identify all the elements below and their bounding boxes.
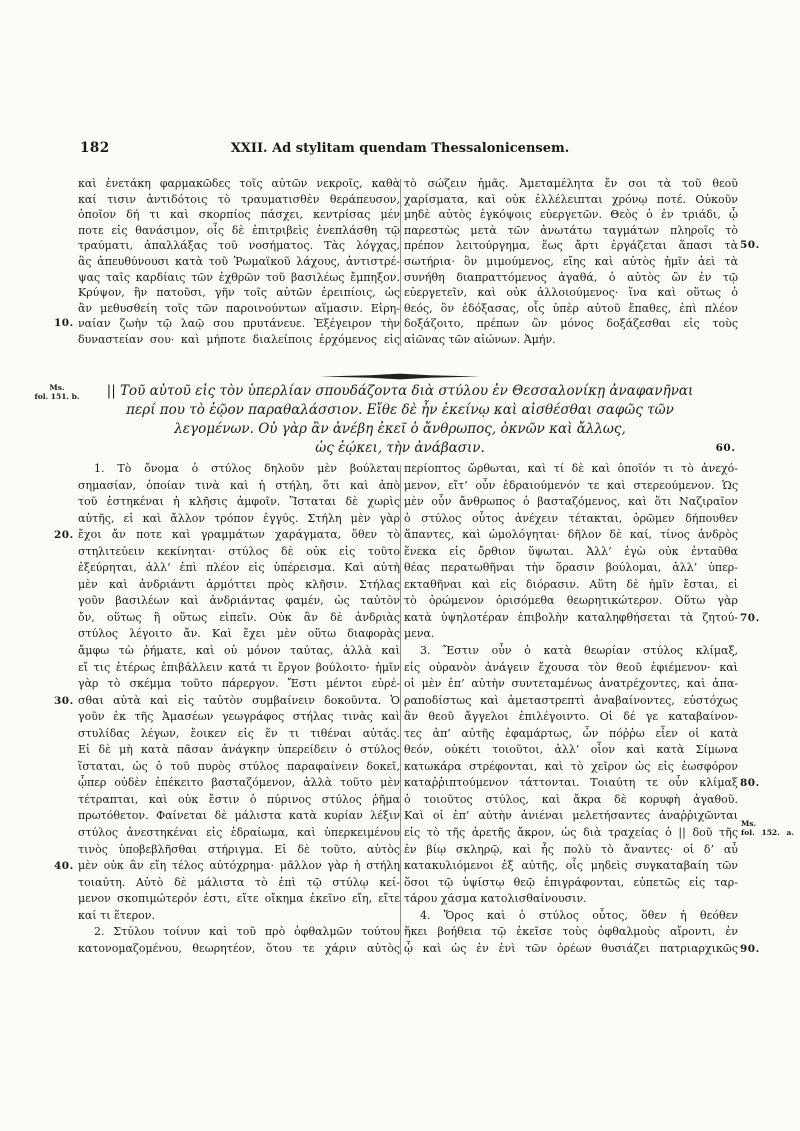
line-number: 20. [54,527,76,544]
text-line: 4. Ὅρος καὶ ὁ στύλος οὗτος, ὅθεν ἡ θεόθε… [404,908,738,925]
text-line: αἰῶνας τῶν αἰώνων. Ἀμήν. [404,332,738,348]
running-title: XXII. Ad stylitam quendam Thessalonicens… [0,141,800,156]
ms-folio-note-152a: Ms.fol. 152. a. [741,820,794,837]
text-line: τες ἀπ’ αὐτῆς ἐφαμάρτως, ὧν πόῤῥω εἶεν ο… [404,726,738,743]
text-line: ἵσταται, ὡς ὁ τοῦ πυρὸς στύλος παραφαίνε… [78,759,400,776]
prev-left-column: καὶ ἐνετάκη φαρμακῶδες τοῖς αὐτῶν νεκροῖ… [78,176,400,348]
text-line: στηλιτεύειν κεκίνηται· στύλος δὲ οὐκ εἰς… [78,544,400,561]
text-line: ἐν βίῳ σκληρῷ, καὶ ἧς πολὺ τὸ ἄναντες· ο… [404,842,738,859]
text-line: καί τι ἕτερον. [78,908,400,925]
text-line: τέτραπται, καὶ οὐκ ἔστιν ὁ πύρινος στύλο… [78,792,400,809]
text-line: πρωτόθετον. Φαίνεται δὲ μάλιστα κατὰ κυρ… [78,808,400,825]
text-line: Εἰ δὲ μὴ κατὰ πᾶσαν ἀνάγκην ὑπερείδειν ὁ… [78,742,400,759]
text-line: θεόν, οὐκέτι τοιοῦτοι, ἀλλ’ οἷον καὶ κατ… [404,742,738,759]
text-line: ὁ τοιοῦτος στύλος, καὶ ἄκρα δὲ κορυφὴ ἀγ… [404,792,738,809]
text-line: στύλος ἀνεστηκέναι εἰς ἑδραίωμα, καὶ ὑπε… [78,825,400,842]
text-line: περί που τὸ ἑῷον παραθαλάσσιον. Εἴθε δὲ … [70,401,730,420]
line-number: 60. [715,439,736,458]
text-line: ὁποῖον δή τι καὶ σκορπίος πάσχει, κεντρί… [78,207,400,223]
column-separator-rule [400,465,401,955]
text-line: κατωκάρα στρέφονται, καὶ τὸ χεῖρον ὡς εἰ… [404,759,738,776]
text-line: γοῦν βασιλέων καὶ ἀνδριάντας φαμέν, ὡς τ… [78,593,400,610]
line-number: 70. [740,610,761,627]
text-line: ποτε εἰς θανάσιμον, οἷς δὲ ἐπιτριβεὶς ἐν… [78,223,400,239]
oration-heading: || Τοῦ αὐτοῦ εἰς τὸν ὑπερλίαν σπουδάζοντ… [70,382,730,458]
text-line: ὡς ἐῴκει, τὴν ἀνάβασιν.60. [70,439,730,458]
section-divider-rule [320,366,480,375]
text-line: δυναστείαν σου· καὶ μήποτε διαλείποις ἐρ… [78,332,400,348]
text-line: εκταθῆναι καὶ εἰς διόρασιν. Αὕτη δὲ ἡμῖν… [404,577,738,594]
text-line: ἂν θεοῦ ἄγγελοι ἐπιλέγοιντο. Οἱ δέ γε κα… [404,709,738,726]
scanned-book-page: 182 XXII. Ad stylitam quendam Thessaloni… [0,0,800,1131]
text-line: τοῦ ἑστηκέναι ἡ κλῆσις ἀμφοῖν. Ἵσταται δ… [78,494,400,511]
text-line: στυλίδας λέγων, ἔοικεν εἰς ἕν τι τιθέναι… [78,726,400,743]
text-line: λεγομένων. Οὐ γὰρ ἂν ἀνέβη ἐκεῖ ὁ ἄνθρωπ… [70,420,730,439]
text-line: ραποδίστως καὶ ἀμεταστρεπτὶ ἀναβαίνοντες… [404,693,738,710]
text-line: τοιαύτη. Αὐτὸ δὲ μάλιστα τὸ ἐπὶ τῷ στύλῳ… [78,875,400,892]
text-line: στύλος λέγοιτο ἄν. Καὶ ἔχει μὲν οὕτω δια… [78,626,400,643]
text-line: ναίαν ζωὴν τῷ λαῷ σου πρυτάνευε. Ἐξέγειρ… [78,316,400,332]
text-line: τὸ ὁρώμενον ὁρισόμεθα θεωρητικώτερον. Οὕ… [404,593,738,610]
column-separator-rule [400,179,401,346]
text-line: αὐτῆς, εἰ καὶ ἄλλον τρόπον ἐγγύς. Στήλη … [78,511,400,528]
line-number: 10. [54,316,76,332]
text-line: τινὸς ὑποβεβλῆσθαι στήριγμα. Εἰ δὲ τοῦτο… [78,842,400,859]
text-line: ᾧ καὶ ὡς ἐν ἑνὶ τῶν ὀρέων θυσιάζει πατρι… [404,941,738,958]
text-line: συνήθη διαπραττόμενος ἀγαθά, ὁ αὐτὸς ὢν … [404,270,738,286]
text-line: Κρύψον, ἣν πατοῦσι, γῆν τοῖς αὐτῶν ἐρειπ… [78,285,400,301]
text-line: εἰς τὸ τῆς ἀρετῆς ἄκρον, ὡς διὰ τραχείας… [404,825,738,842]
line-number: 50. [740,238,761,254]
text-line: οἱ μὲν ἐπ’ αὐτὴν συντεταμένως ἀνατρέχοντ… [404,676,738,693]
text-line: θεός, ὃν ἐδόξασας, οἷς ὑπὲρ αὐτοῦ ἔπαθες… [404,301,738,317]
text-line: εὐεργετεῖν, καὶ οὐκ ἀλλοιούμενος· ἵνα κα… [404,285,738,301]
text-line: σθαι αὐτὰ καὶ εἰς ταὐτὸν συμβαίνειν δοκο… [78,693,400,710]
text-line: κατὰ ὑψηλοτέραν ἐπιβολὴν καταληφθήσεται … [404,610,738,627]
text-line: μενον σκοπιμώτερόν ἐστι, εἴτε οἴκημα ἐκε… [78,891,400,908]
text-line: γὰρ τὸ σκέμμα τοῦτο πάρεργον. Ἔστι μέντο… [78,676,400,693]
text-line: καὶ ἐνετάκη φαρμακῶδες τοῖς αὐτῶν νεκροῖ… [78,176,400,192]
text-line: μενον, εἴτ’ οὖν ἑδραιούμενόν τε καὶ στερ… [404,478,738,495]
prev-right-column: τὸ σώζειν ἡμᾶς. Ἀμεταμέλητα ἔν σοι τὰ το… [404,176,738,348]
line-number: 80. [740,775,761,792]
text-line: τραύματι, ἀπαλλάξας τοῦ νοσήματος. Τὰς λ… [78,238,400,254]
text-line: μὲν καὶ ἀνδριάντι ἁρμόττει πρὸς κλῆσιν. … [78,577,400,594]
text-line: κατονομαζομένου, θεωρητέον, ὅτου τε χάρι… [78,941,400,958]
line-number: 30. [54,693,76,710]
text-line: περίοπτος ὤρθωται, καὶ τί δὲ καὶ ὁποῖόν … [404,461,738,478]
text-line: σημασίαν, ὁποίαν τινὰ καὶ ἡ στήλη, ὅτι κ… [78,478,400,495]
text-line: μὲν οὐκ ἂν εἴη τέλος αὐτόχρημα· μᾶλλον γ… [78,858,400,875]
page-header: 182 XXII. Ad stylitam quendam Thessaloni… [0,140,800,158]
text-line: πρέπον λειτούργημα, ἕως ἄρτι ἐργάζεται ἅ… [404,238,738,254]
text-line: ἄμφω τὼ ῥήματε, καὶ οὐ μόνον ταύτας, ἀλλ… [78,643,400,660]
oration-right-column: περίοπτος ὤρθωται, καὶ τί δὲ καὶ ὁποῖόν … [404,461,738,957]
text-line: ἕνεκα εἰς ὄρθιον ὕψωται. Ἀλλ’ ἐγὼ οὐκ ἐν… [404,544,738,561]
text-line: ἃς ἀπευθύνουσι κατὰ τοῦ Ῥωμαϊκοῦ λάχους,… [78,254,400,270]
text-line: παρεστὼς μετὰ τῶν ἀνωτάτω ταγμάτων πληρο… [404,223,738,239]
text-line: καί τισιν ἀντιδότοις τὸ τραυματισθὲν θερ… [78,192,400,208]
text-line: ᾧπερ οὐδὲν ἐπέκειτο βασταζόμενον, ἀλλὰ τ… [78,775,400,792]
text-line: εἰς οὐρανὸν ἀνάγειν ἔχουσα τὸν θεοῦ ἐφιέ… [404,660,738,677]
text-line: 3. Ἔστιν οὖν ὁ κατὰ θεωρίαν στύλος κλίμα… [404,643,738,660]
text-line: 2. Στύλου τοίνυν καὶ τοῦ πρὸ ὀφθαλμῶν το… [78,924,400,941]
text-line: ὄν, οὕτως ἢ οὕτως εἰπεῖν. Οὐκ ἂν δὲ ἀνδρ… [78,610,400,627]
text-line: τὸ σώζειν ἡμᾶς. Ἀμεταμέλητα ἔν σοι τὰ το… [404,176,738,192]
text-line: ἐξεύρηται, ἀλλ’ ἐπὶ πλέον εἰς ὑπέρεισμα.… [78,560,400,577]
text-line: μηδὲ αὐτὸς ἐγκόψοις εὐεργετῶν. Θεὸς ὁ ἐν… [404,207,738,223]
text-line: κατακυλιόμενοι ἐξ αὐτῆς, οἷς μηδεὶς συγκ… [404,858,738,875]
text-line: ὁ στύλος οὗτος ἀνέχειν τέτακται, ὁρῶμεν … [404,511,738,528]
text-line: σωτήρια· ὃν μιμούμενος, εἴης καὶ αὐτὸς ἡ… [404,254,738,270]
text-line: χαρίσματα, καὶ οὐκ ἐλλέλειπται χρόνῳ ποτ… [404,192,738,208]
text-line: ἔχοι ἄν ποτε καὶ γραμμάτων χαράγματα, ὅθ… [78,527,400,544]
text-line: || Τοῦ αὐτοῦ εἰς τὸν ὑπερλίαν σπουδάζοντ… [70,382,730,401]
text-line: ψας ταῖς καρδίαις τῶν ἐχθρῶν τοῦ βασιλέω… [78,270,400,286]
text-line: ἥκει βοήθεια τῷ ἐκεῖσε τοὺς ὀφθαλμοὺς αἴ… [404,924,738,941]
text-line: εἴ τις ἑτέρως ἐπιβάλλειν κατά τι ἔργον β… [78,660,400,677]
text-line: μενα. [404,626,738,643]
text-line: ὅσοι τῷ ὑψίστῳ θεῷ ἐπιγράφονται, εὐπετῶς… [404,875,738,892]
text-line: ἂν μεθυσθείη τοῖς τῶν παροινούντων αἵμασ… [78,301,400,317]
text-line: θέας περατωθῆναι τὴν ὅρασιν βούλομαι, ἀλ… [404,560,738,577]
oration-left-column: 1. Τὸ ὄνομα ὁ στύλος δηλοῦν μὲν βούλεται… [78,461,400,957]
text-line: ἅπαντες, καὶ ὡμολόγηται· δῆλον δὲ καί, τ… [404,527,738,544]
line-number: 40. [54,858,76,875]
text-line: Καὶ οἱ ἐπ’ αὐτὴν ἀνιέναι μελετήσαντες ἀν… [404,808,738,825]
text-line: μὲν οὖν ἄνθρωπος ὁ βασταζόμενος, καὶ ὅτι… [404,494,738,511]
text-line: δοξάζοιτο, πρέπων ὢν μόνος δοξάζεσθαι εἰ… [404,316,738,332]
line-number: 90. [740,941,761,958]
text-line: τάρου χάσμα κατολισθαίνουσιν. [404,891,738,908]
text-line: 1. Τὸ ὄνομα ὁ στύλος δηλοῦν μὲν βούλεται [78,461,400,478]
text-line: καταῤῥιπτούμενον τάττονται. Τοιαύτη τε ο… [404,775,738,792]
text-line: γοῦν ἐκ τῆς Ἀμασέων γεωγράφος στήλας τιν… [78,709,400,726]
